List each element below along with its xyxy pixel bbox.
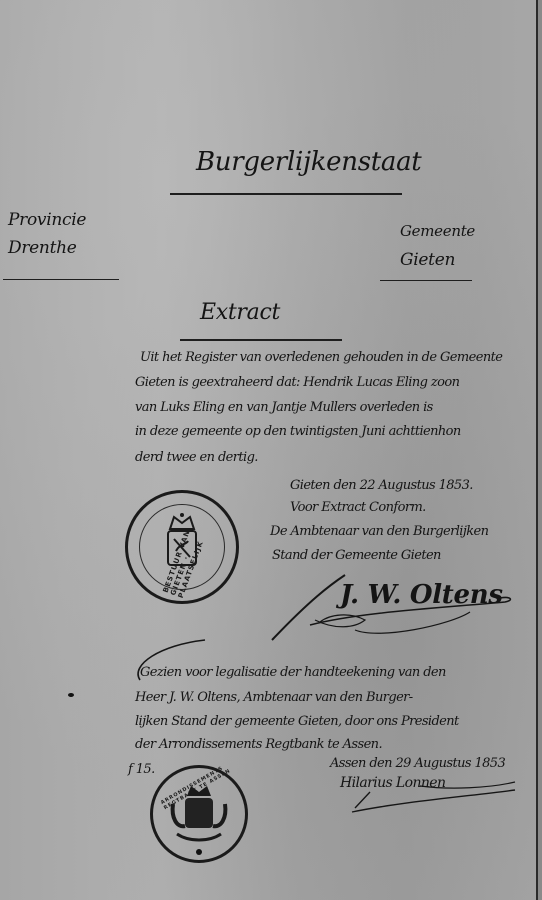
fee-amount: f 15. [128,762,155,777]
president-signature: Hilarius Lonnen [340,775,445,791]
municipal-seal: BESTUUR VAN GIETEN · PLAATSELIJK [125,490,239,604]
legalisation-line: der Arrondissements Regtbank te Assen. [135,737,382,752]
legalisation-date: Assen den 29 Augustus 1853 [330,756,505,771]
ink-blot [68,693,74,697]
court-seal: ARRONDISSEMENTS REGTBANK TE ASSEN [150,765,248,863]
scanned-document-page: Burgerlijkenstaat Provincie Drenthe Geme… [0,0,542,900]
legalisation-line: Gezien voor legalisatie der handteekenin… [140,665,446,680]
legalisation-line: Heer J. W. Oltens, Ambtenaar van den Bur… [135,690,413,705]
legalisation-line: lijken Stand der gemeente Gieten, door o… [135,714,459,729]
